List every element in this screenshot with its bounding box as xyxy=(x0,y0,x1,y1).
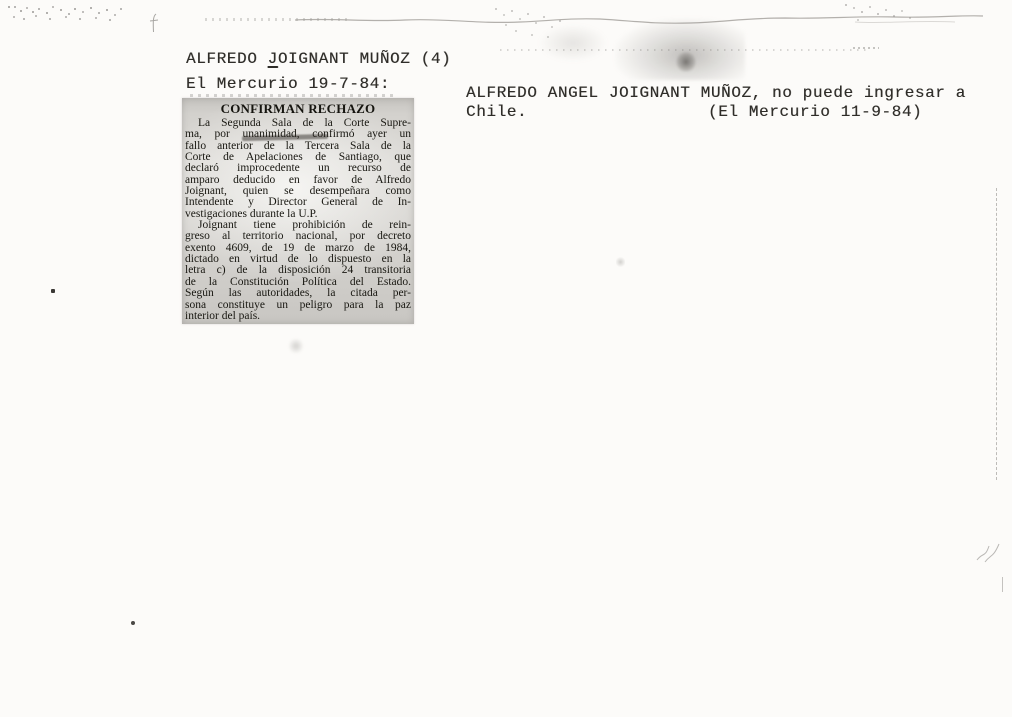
newspaper-clipping: CONFIRMAN RECHAZO La Segunda Sala de la … xyxy=(182,98,414,324)
stain-tail xyxy=(538,24,608,62)
typed-title-suffix: OIGNANT MUÑOZ (4) xyxy=(278,50,451,68)
typed-caption-line2-left: Chile. xyxy=(466,103,527,121)
clipping-line: fallo anterior de la Tercera Sala de la xyxy=(185,141,411,152)
clipping-line: Según las autoridades, la citada per- xyxy=(185,288,411,299)
clipping-line: Joignant, quien se desempeñara como xyxy=(185,186,411,197)
clipping-line: La Segunda Sala de la Corte Supre- xyxy=(185,118,411,129)
clipping-line: Joignant tiene prohibición de rein- xyxy=(185,220,411,231)
clipping-line: greso al territorio nacional, por decret… xyxy=(185,231,411,242)
clipping-line: dictado en virtud de lo dispuesto en la xyxy=(185,254,411,265)
clipping-line: exento 4609, de 19 de marzo de 1984, xyxy=(185,243,411,254)
stain-smudge xyxy=(615,18,745,80)
typed-source-date-line: El Mercurio 19-7-84: xyxy=(186,75,451,93)
typed-title-line: ALFREDO JOIGNANT MUÑOZ (4) xyxy=(186,50,451,68)
right-margin-dashed-line xyxy=(996,188,997,480)
pen-squiggle-mark xyxy=(975,538,1005,566)
right-margin-tick xyxy=(1002,577,1003,592)
typed-caption-citation: (El Mercurio 11-9-84) xyxy=(708,103,922,121)
scan-dot-row xyxy=(500,49,870,51)
ink-dot-bottom xyxy=(131,621,135,625)
clipping-line: Intendente y Director General de In- xyxy=(185,197,411,208)
scan-dotted-trail xyxy=(205,18,350,21)
scan-dotted-small xyxy=(853,47,879,49)
clipping-line: interior del país. xyxy=(185,311,411,322)
pen-f-mark xyxy=(148,12,166,36)
clipping-line: vestigaciones durante la U.P. xyxy=(185,209,411,220)
clipping-line: amparo deducido en favor de Alfredo xyxy=(185,175,411,186)
document-scan: ALFREDO JOIGNANT MUÑOZ (4) El Mercurio 1… xyxy=(0,0,1012,717)
paper-edge-line xyxy=(295,8,995,40)
clipping-line: de la Constitución Política del Estado. xyxy=(185,277,411,288)
typed-title-underlined-letter: J xyxy=(268,50,278,68)
clipping-body: La Segunda Sala de la Corte Supre-ma, po… xyxy=(185,118,411,322)
clipping-line: letra c) de la disposición 24 transitori… xyxy=(185,265,411,276)
typed-caption-line1: ALFREDO ANGEL JOIGNANT MUÑOZ, no puede i… xyxy=(466,84,966,102)
typed-header-block: ALFREDO JOIGNANT MUÑOZ (4) El Mercurio 1… xyxy=(186,50,451,93)
clipping-line: declaró improcedente un recurso de xyxy=(185,163,411,174)
clipping-headline: CONFIRMAN RECHAZO xyxy=(185,101,411,116)
ink-dot-left xyxy=(51,289,55,293)
stain-dark-spot xyxy=(675,52,697,72)
clipping-line: Corte de Apelaciones de Santiago, que xyxy=(185,152,411,163)
typed-title-prefix: ALFREDO xyxy=(186,50,268,68)
clipping-line: sona constituye un peligro para la paz xyxy=(185,300,411,311)
typed-caption-line2: Chile. (El Mercurio 11-9-84) xyxy=(466,103,966,121)
typed-caption-block: ALFREDO ANGEL JOIGNANT MUÑOZ, no puede i… xyxy=(466,84,966,121)
faint-speck-center xyxy=(616,256,625,268)
clipping-cut-text-remnant xyxy=(190,94,395,97)
faint-speck-below-clipping xyxy=(288,338,304,354)
